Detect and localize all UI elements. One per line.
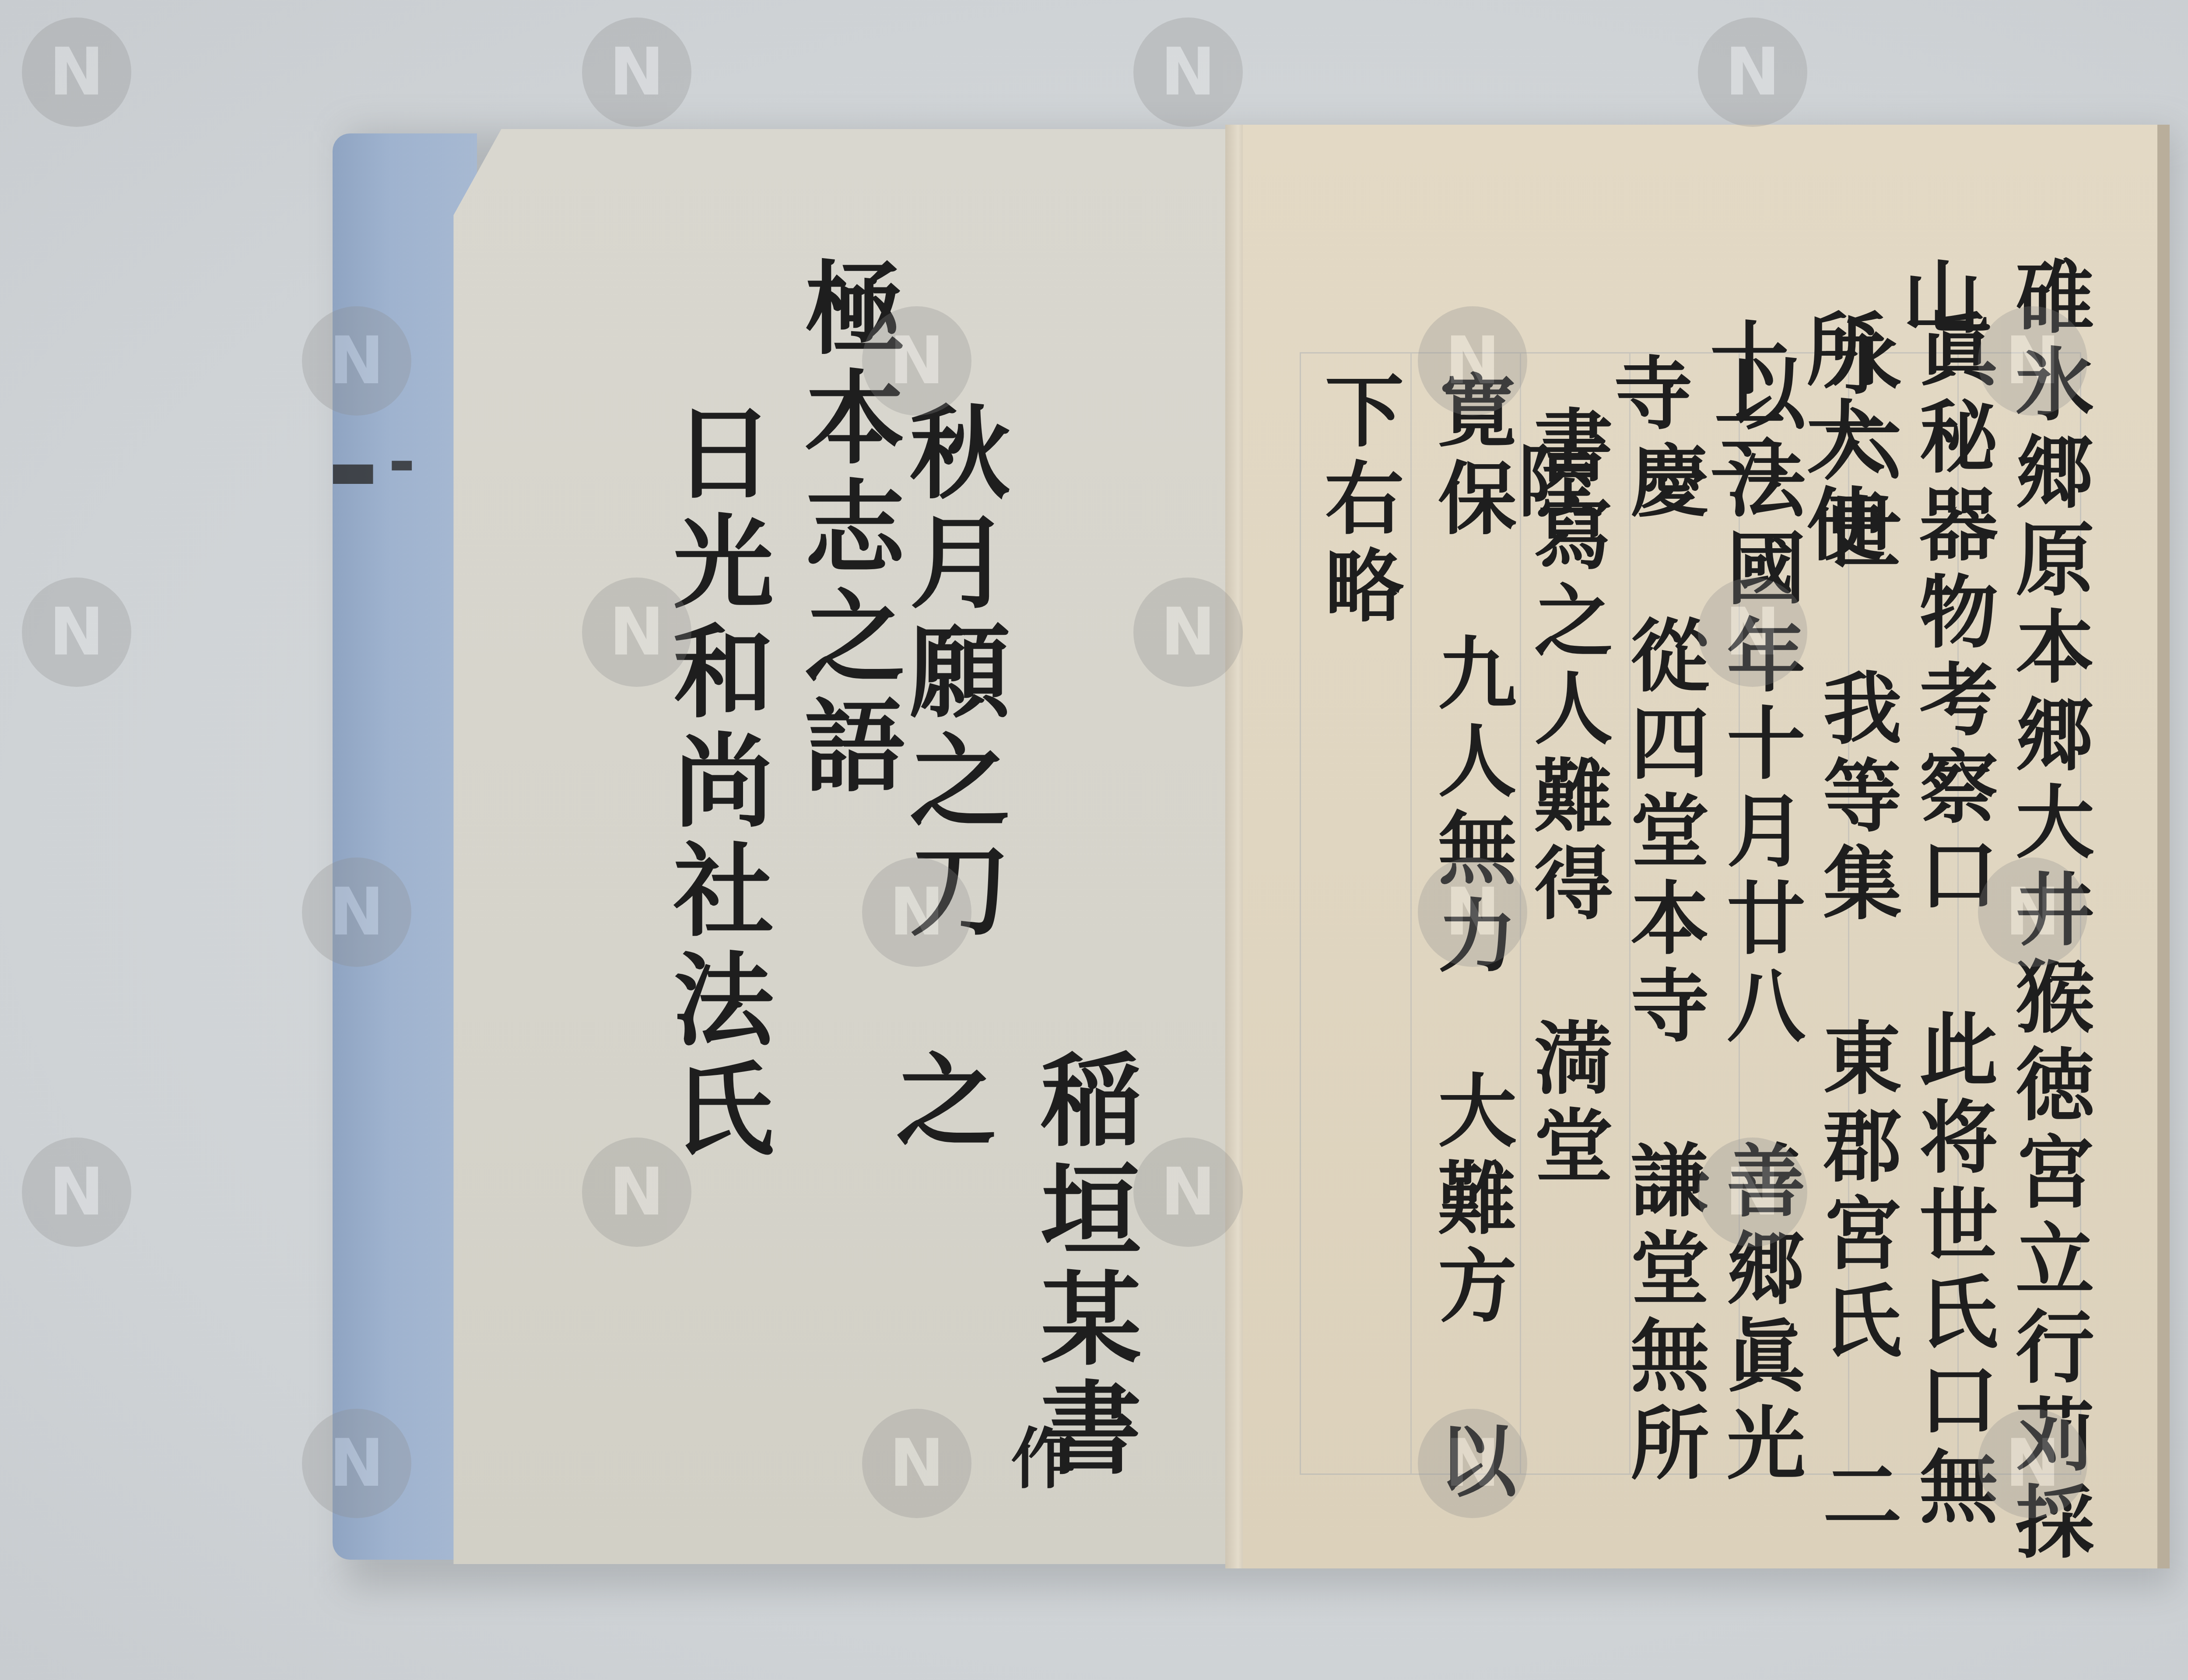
open-book: ▬ ▬ 極本志之語 秋月願之刀 日光和尚社法氏 稲垣某書之 作 碓氷郷原本郷大井… (333, 125, 2157, 1568)
right-column-7: 寛保 九人無力 大難方 以下右略 (1301, 370, 1527, 1568)
watermark-logo-icon: N (22, 1137, 131, 1247)
watermark-logo-icon: N (582, 1137, 691, 1247)
left-page: 極本志之語 秋月願之刀 日光和尚社法氏 稲垣某書之 作 (438, 129, 1234, 1564)
watermark-logo-icon: N (1418, 1409, 1527, 1518)
watermark-logo-icon: N (1418, 306, 1527, 416)
ink-smudge: ▬ (389, 448, 414, 479)
watermark-logo-icon: N (582, 17, 691, 127)
watermark-logo-icon: N (22, 577, 131, 687)
watermark-logo-icon: N (1698, 17, 1807, 127)
watermark-logo-icon: N (302, 1409, 411, 1518)
watermark-logo-icon: N (1978, 306, 2087, 416)
watermark-logo-icon: N (862, 306, 971, 416)
watermark-logo-icon: N (862, 1409, 971, 1518)
watermark-logo-icon: N (1698, 1137, 1807, 1247)
watermark-logo-icon: N (1698, 577, 1807, 687)
watermark-logo-icon: N (1133, 1137, 1243, 1247)
watermark-logo-icon: N (1133, 17, 1243, 127)
watermark-logo-icon: N (582, 577, 691, 687)
watermark-logo-icon: N (862, 857, 971, 967)
watermark-logo-icon: N (22, 17, 131, 127)
watermark-logo-icon: N (1978, 1409, 2087, 1518)
watermark-logo-icon: N (1978, 857, 2087, 967)
watermark-logo-icon: N (1418, 857, 1527, 967)
watermark-logo-icon: N (1133, 577, 1243, 687)
ink-smudge: ▬ (328, 440, 378, 500)
left-column-3: 日光和尚社法氏 (643, 400, 788, 1166)
watermark-logo-icon: N (302, 857, 411, 967)
left-column-5: 作 (991, 1424, 1085, 1498)
right-column-6: 書寫之人難得 満堂 (1511, 405, 1623, 1192)
watermark-logo-icon: N (302, 306, 411, 416)
